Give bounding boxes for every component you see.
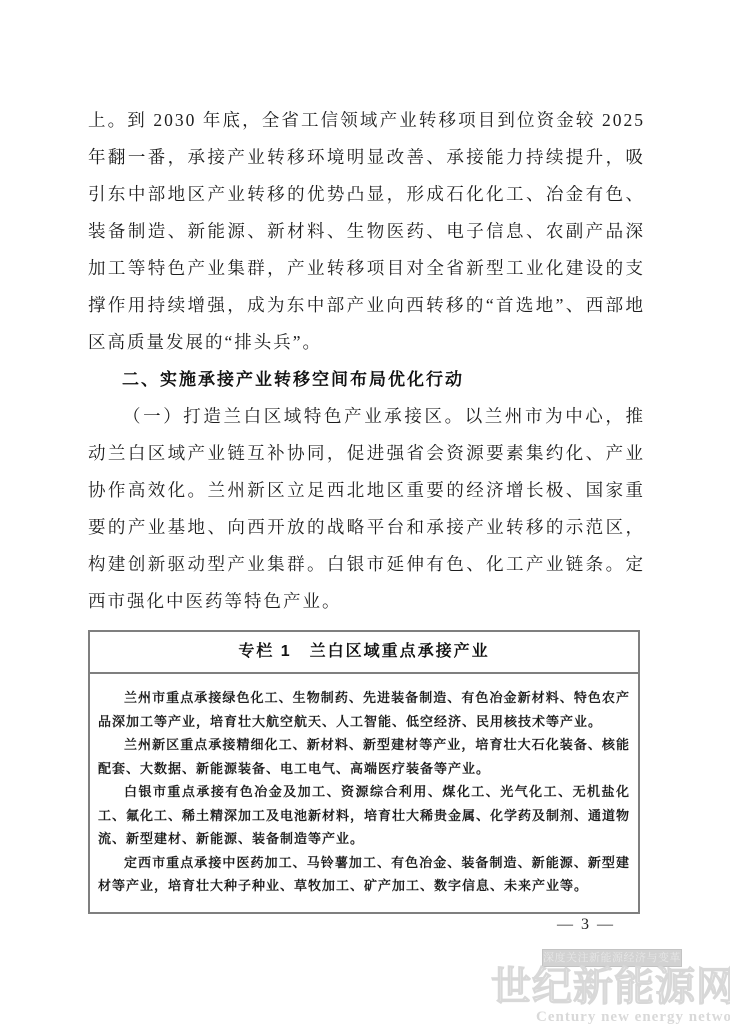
section-heading: 二、实施承接产业转移空间布局优化行动 (88, 361, 645, 398)
paragraph-lanbai-lead: （一）打造兰白区域特色产业承接区。 (123, 406, 465, 426)
special-column-body: 兰州市重点承接绿色化工、生物制药、先进装备制造、有色冶金新材料、特色农产品深加工… (90, 674, 638, 912)
box-paragraph-lanzhou: 兰州市重点承接绿色化工、生物制药、先进装备制造、有色冶金新材料、特色农产品深加工… (98, 686, 630, 733)
watermark-subtitle: Century new energy network (536, 1009, 730, 1026)
paragraph-lanbai-zone: （一）打造兰白区域特色产业承接区。以兰州市为中心，推动兰白区域产业链互补协同，促… (88, 398, 645, 620)
watermark-logo-text: 世纪新能源网 (491, 963, 727, 1011)
special-column-box: 专栏 1 兰白区域重点承接产业 兰州市重点承接绿色化工、生物制药、先进装备制造、… (88, 630, 640, 914)
watermark-banner: 深度关注新能源经济与变革 (542, 949, 682, 967)
document-content: 上。到 2030 年底，全省工信领域产业转移项目到位资金较 2025 年翻一番，… (88, 102, 645, 914)
box-paragraph-baiyin: 白银市重点承接有色冶金及加工、资源综合利用、煤化工、光气化工、无机盐化工、氟化工… (98, 780, 630, 851)
box-paragraph-dingxi: 定西市重点承接中医药加工、马铃薯加工、有色冶金、装备制造、新能源、新型建材等产业… (98, 851, 630, 898)
document-page: 上。到 2030 年底，全省工信领域产业转移项目到位资金较 2025 年翻一番，… (0, 0, 730, 1030)
paragraph-continuation: 上。到 2030 年底，全省工信领域产业转移项目到位资金较 2025 年翻一番，… (88, 102, 645, 361)
page-number: — 3 — (540, 916, 632, 934)
box-paragraph-lanzhou-new-area: 兰州新区重点承接精细化工、新材料、新型建材等产业，培育壮大石化装备、核能配套、大… (98, 733, 630, 780)
special-column-title: 专栏 1 兰白区域重点承接产业 (90, 632, 638, 674)
paragraph-lanbai-rest: 以兰州市为中心，推动兰白区域产业链互补协同，促进强省会资源要素集约化、产业协作高… (88, 406, 645, 611)
